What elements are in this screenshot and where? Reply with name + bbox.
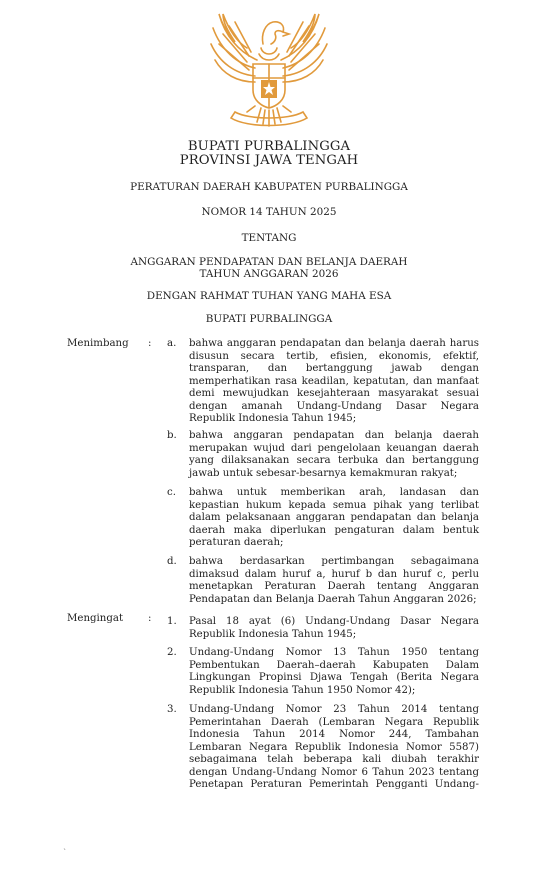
subject-line-1: ANGGARAN PENDAPATAN DAN BELANJA DAERAH — [0, 256, 538, 268]
mengingat-item-line: Penetapan Peraturan Pemerintah Pengganti… — [189, 779, 479, 792]
authority: BUPATI PURBALINGGA — [0, 313, 538, 325]
menimbang-item-line: disusun secara tertib, efisien, ekonomis… — [189, 351, 479, 364]
subject-line-2: TAHUN ANGGARAN 2026 — [0, 268, 538, 280]
mengingat-item-marker: 2. — [167, 647, 177, 660]
menimbang-item: c.bahwa untuk memberikan arah, landasan … — [167, 487, 479, 550]
menimbang-item-line: jawab untuk sebesar-besarnya kemakmuran … — [189, 468, 479, 481]
menimbang-item: b.bahwa anggaran pendapatan dan belanja … — [167, 430, 479, 480]
mengingat-item-marker: 3. — [167, 704, 177, 717]
mengingat-item-line: Republik Indonesia Tahun 1950 Nomor 42); — [189, 685, 479, 698]
menimbang-item: d.bahwa berdasarkan pertimbangan sebagai… — [167, 556, 479, 606]
menimbang-item-marker: b. — [167, 430, 177, 443]
menimbang-item-line: bahwa untuk memberikan arah, landasan da… — [189, 487, 479, 500]
menimbang-item: a.bahwa anggaran pendapatan dan belanja … — [167, 338, 479, 426]
menimbang-item-line: dimaksud dalam huruf a, huruf b dan huru… — [189, 569, 479, 582]
garuda-emblem-icon — [205, 8, 333, 138]
menimbang-item-marker: a. — [167, 338, 176, 351]
menimbang-item-line: Pendapatan dan Belanja Daerah Tahun Angg… — [189, 594, 479, 607]
mengingat-item-marker: 1. — [167, 616, 177, 629]
menimbang-item-line: daerah maka diperlukan pengaturan dalam … — [189, 525, 479, 538]
menimbang-item-line: Republik Indonesia Tahun 1945; — [189, 413, 479, 426]
menimbang-item-line: yang dilaksanakan secara terbuka dan ber… — [189, 455, 479, 468]
mengingat-item-line: sebagaimana telah beberapa kali diubah t… — [189, 754, 479, 767]
regulation-heading: PERATURAN DAERAH KABUPATEN PURBALINGGA — [0, 181, 538, 193]
mengingat-item-line: Pembentukan Daerah–daerah Kabupaten Dala… — [189, 660, 479, 673]
province-title: PROVINSI JAWA TENGAH — [0, 153, 538, 168]
menimbang-label: Menimbang — [67, 338, 129, 349]
mengingat-item-line: Undang-Undang Nomor 23 Tahun 2014 tentan… — [189, 704, 479, 717]
mengingat-item-line: Undang-Undang Nomor 13 Tahun 1950 tentan… — [189, 647, 479, 660]
menimbang-item-line: memperhatikan rasa keadilan, kepatutan, … — [189, 376, 479, 389]
mengingat-item: 1.Pasal 18 ayat (6) Undang-Undang Dasar … — [167, 616, 479, 641]
about-heading: TENTANG — [0, 232, 538, 244]
mengingat-label: Mengingat — [67, 613, 123, 624]
regulation-number: NOMOR 14 TAHUN 2025 — [0, 206, 538, 218]
mengingat-item: 2.Undang-Undang Nomor 13 Tahun 1950 tent… — [167, 647, 479, 697]
mengingat-item-line: dengan Undang-Undang Nomor 6 Tahun 2023 … — [189, 767, 479, 780]
menimbang-item-line: menetapkan Peraturan Daerah tentang Angg… — [189, 581, 479, 594]
menimbang-item-line: kepastian hukum kepada semua pihak yang … — [189, 500, 479, 513]
menimbang-item-marker: d. — [167, 556, 177, 569]
footer-mark: ` — [63, 848, 66, 851]
menimbang-item-line: bahwa berdasarkan pertimbangan sebagaima… — [189, 556, 479, 569]
document-page: BUPATI PURBALINGGA PROVINSI JAWA TENGAH … — [0, 0, 538, 874]
menimbang-item-marker: c. — [167, 487, 176, 500]
menimbang-item-line: dengan amanah Undang-Undang Dasar Negara — [189, 401, 479, 414]
mengingat-colon: : — [148, 613, 151, 624]
mengingat-item-line: Lingkungan Propinsi Djawa Tengah (Berita… — [189, 672, 479, 685]
mengingat-item: 3.Undang-Undang Nomor 23 Tahun 2014 tent… — [167, 704, 479, 792]
menimbang-item-line: peraturan daerah; — [189, 537, 479, 550]
menimbang-item-line: transparan, dan bertanggung jawab dengan — [189, 363, 479, 376]
menimbang-item-line: dalam pelaksanaan anggaran pendapatan da… — [189, 512, 479, 525]
menimbang-item-line: demi mewujudkan kesejahteraan masyarakat… — [189, 388, 479, 401]
invocation: DENGAN RAHMAT TUHAN YANG MAHA ESA — [0, 290, 538, 302]
menimbang-item-line: bahwa anggaran pendapatan dan belanja da… — [189, 338, 479, 351]
menimbang-item-line: bahwa anggaran pendapatan dan belanja da… — [189, 430, 479, 443]
menimbang-item-line: merupakan wujud dari pengelolaan keuanga… — [189, 443, 479, 456]
mengingat-item-line: Pasal 18 ayat (6) Undang-Undang Dasar Ne… — [189, 616, 479, 629]
menimbang-colon: : — [148, 338, 151, 349]
mengingat-item-line: Republik Indonesia Tahun 1945; — [189, 629, 479, 642]
mengingat-item-line: Pemerintahan Daerah (Lembaran Negara Rep… — [189, 717, 479, 730]
mengingat-item-line: Indonesia Tahun 2014 Nomor 244, Tambahan — [189, 729, 479, 742]
mengingat-item-line: Lembaran Negara Republik Indonesia Nomor… — [189, 742, 479, 755]
issuer-title: BUPATI PURBALINGGA — [0, 139, 538, 154]
